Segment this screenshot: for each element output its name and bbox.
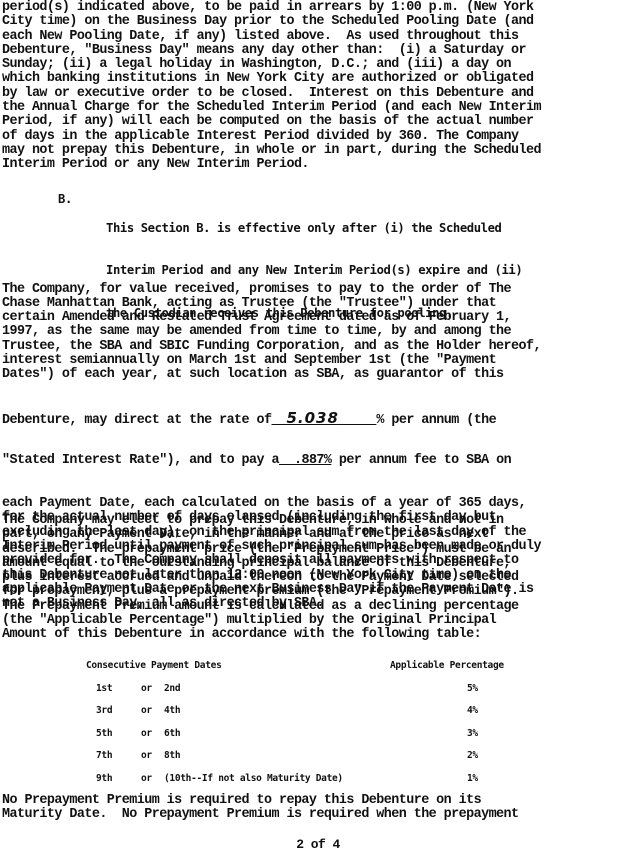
text-line: certain Amended and Restated Trust Agree…	[2, 311, 541, 325]
table-row: 1stor2nd5%	[86, 683, 506, 706]
text-line: the Annual Charge for the Scheduled Inte…	[2, 101, 541, 115]
paragraph-no-premium: No Prepayment Premium is required to rep…	[2, 794, 519, 823]
text-line: Maturity Date. No Prepayment Premium is …	[2, 808, 519, 822]
fee-line: "Stated Interest Rate"), and to pay a .8…	[2, 454, 541, 468]
text-line: Chase Manhattan Bank, acting as Trustee …	[2, 297, 541, 311]
stated-interest-rate-value: 5.038	[286, 411, 338, 425]
table-cell-or: or	[141, 705, 152, 716]
table-cell-pct: 1%	[467, 773, 478, 784]
table-cell-first: 5th	[96, 728, 112, 739]
column-header-payment-dates: Consecutive Payment Dates	[86, 660, 222, 671]
table-cell-first: 7th	[96, 750, 112, 761]
text-line: each New Pooling Date, if any) listed ab…	[2, 30, 541, 44]
table-row: 9thor(10th--If not also Maturity Date)1%	[86, 773, 506, 796]
table-cell-pct: 5%	[467, 683, 478, 694]
text-line: each Payment Date, each calculated on th…	[2, 497, 541, 511]
table-cell-first: 1st	[96, 683, 112, 694]
table-cell-second: 2nd	[164, 683, 180, 694]
annual-fee-value: .887%	[294, 453, 331, 468]
column-header-applicable-percentage: Applicable Percentage	[390, 660, 504, 671]
section-b-letter: B.	[58, 192, 72, 206]
table-cell-pct: 4%	[467, 705, 478, 716]
text-line: interest semiannually on March 1st and S…	[2, 354, 541, 368]
text-line: which banking institutions in New York C…	[2, 72, 541, 86]
text-line: amount equal to the outstanding principa…	[2, 557, 519, 571]
text-line: Trustee, the SBA and SBIC Funding Corpor…	[2, 340, 541, 354]
text-line: No Prepayment Premium is required to rep…	[2, 794, 519, 808]
text-line: The Company, for value received, promise…	[2, 283, 541, 297]
text-line: Debenture, "Business Day" means any day …	[2, 44, 541, 58]
text-line: City time) on the Business Day prior to …	[2, 15, 541, 29]
table-cell-or: or	[141, 728, 152, 739]
text-line: Dates") of each year, at such location a…	[2, 368, 541, 382]
table-cell-or: or	[141, 750, 152, 761]
text-line: Period, if any) will each be computed on…	[2, 115, 541, 129]
text-line: may not prepay this Debenture, in whole …	[2, 144, 541, 158]
text-line: The Prepayment Premium amount is calcula…	[2, 600, 519, 614]
table-row: 5thor6th3%	[86, 728, 506, 751]
text-line: plus interest accrued and unpaid thereon…	[2, 571, 519, 585]
text-line: Sunday; (ii) a legal holiday in Washingt…	[2, 58, 541, 72]
text-line: for prepayment, plus a prepayment premiu…	[2, 585, 519, 599]
table-cell-pct: 2%	[467, 750, 478, 761]
text-line: period(s) indicated above, to be paid in…	[2, 1, 541, 15]
text-line: Interim Period or any New Interim Period…	[2, 158, 541, 172]
prepayment-premium-table: Consecutive Payment Dates Applicable Per…	[86, 660, 506, 795]
table-row: 3rdor4th4%	[86, 705, 506, 728]
table-cell-second: 6th	[164, 728, 180, 739]
table-cell-second: (10th--If not also Maturity Date)	[164, 773, 343, 784]
table-cell-pct: 3%	[467, 728, 478, 739]
text-line: by law or executive order to be closed. …	[2, 87, 541, 101]
table-header: Consecutive Payment Dates Applicable Per…	[86, 660, 506, 683]
table-cell-or: or	[141, 683, 152, 694]
table-cell-second: 8th	[164, 750, 180, 761]
table-cell-first: 3rd	[96, 705, 112, 716]
page-number: 2 of 4	[0, 837, 636, 852]
table-row: 7thor8th2%	[86, 750, 506, 773]
section-b-line: This Section B. is effective only after …	[106, 221, 522, 235]
paragraph-interest-terms: period(s) indicated above, to be paid in…	[2, 1, 541, 173]
text-line: described. The prepayment price (the "Pr…	[2, 543, 519, 557]
table-cell-second: 4th	[164, 705, 180, 716]
table-cell-or: or	[141, 773, 152, 784]
text-line: 1997, as the same may be amended from ti…	[2, 325, 541, 339]
rate-line: Debenture, may direct at the rate of 5.0…	[2, 411, 541, 425]
table-cell-first: 9th	[96, 773, 112, 784]
text-line: (the "Applicable Percentage") multiplied…	[2, 614, 519, 628]
text-line: Amount of this Debenture in accordance w…	[2, 628, 519, 642]
section-b: B. This Section B. is effective only aft…	[58, 192, 86, 249]
text-line: of days in the applicable Interest Perio…	[2, 130, 541, 144]
text-line: The Company may elect to prepay this Deb…	[2, 514, 519, 528]
text-line: part, on any Payment Date, in the manner…	[2, 528, 519, 542]
paragraph-prepayment: The Company may elect to prepay this Deb…	[2, 514, 519, 643]
